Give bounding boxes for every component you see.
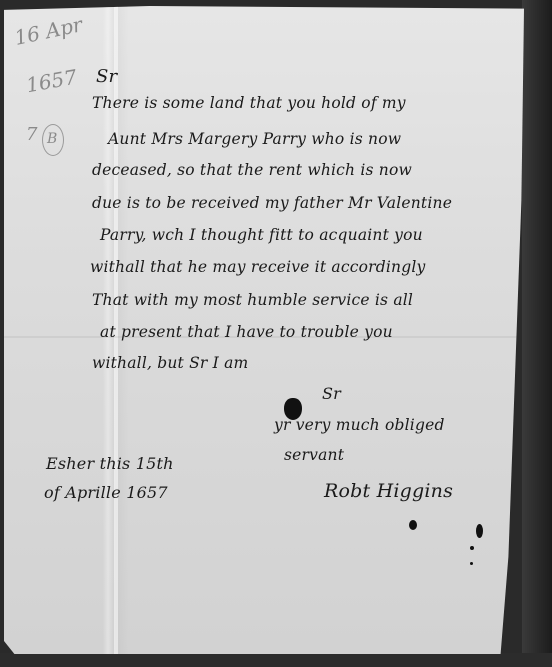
closing-salutation: Sr <box>322 384 341 403</box>
signature: Robt Higgins <box>324 480 453 502</box>
photo-background-right <box>522 0 552 667</box>
letter-paper: 16 Apr 1657 7 B Sr There is some land th… <box>4 6 524 654</box>
letter-salutation: Sr <box>96 66 117 87</box>
photo-background-bottom <box>0 653 552 667</box>
letter-body-line-4: due is to be received my father Mr Valen… <box>92 194 452 212</box>
letter-body-line-3: deceased, so that the rent which is now <box>92 161 412 179</box>
letter-body-line-5: Parry, wch I thought fitt to acquaint yo… <box>100 226 423 244</box>
closing-obliged-line: yr very much obliged <box>274 416 445 434</box>
ink-spot <box>470 562 473 565</box>
ink-spot <box>470 546 474 550</box>
place-date-line-2: of Aprille 1657 <box>44 483 168 502</box>
letter-body-line-2: Aunt Mrs Margery Parry who is now <box>108 130 401 148</box>
letter-body-line-6: withall that he may receive it according… <box>90 258 425 276</box>
archive-date-annotation: 16 Apr <box>12 13 84 49</box>
archive-folio-number: 7 <box>26 124 37 146</box>
ink-spot <box>476 524 483 538</box>
place-date-line-1: Esher this 15th <box>46 454 174 473</box>
letter-body-line-7: That with my most humble service is all <box>92 291 413 309</box>
ink-spot <box>409 520 417 530</box>
letter-body-line-8: at present that I have to trouble you <box>100 323 393 341</box>
archive-year-annotation: 1657 <box>24 66 78 97</box>
letter-body-line-9: withall, but Sr I am <box>92 354 248 372</box>
letter-body-line-1: There is some land that you hold of my <box>92 94 406 112</box>
archive-folio-letter: B <box>47 128 57 150</box>
closing-servant-line: servant <box>284 446 344 464</box>
